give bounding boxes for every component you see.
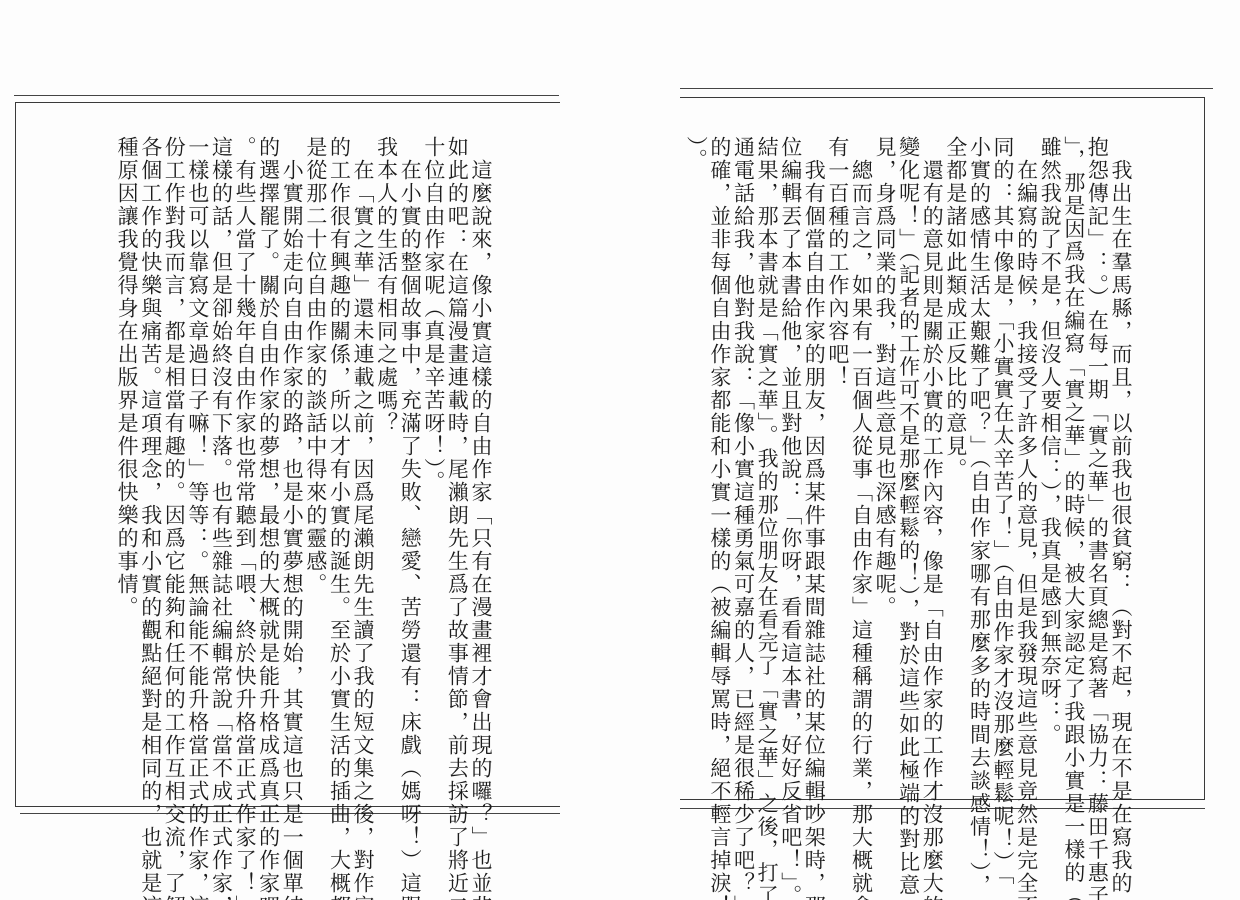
text-column: 各個工作的快樂與痛苦。這項理念，我和小實的觀點絕對是相同的，也就是這 [138, 136, 162, 806]
text-column: 小實的感情生活太艱難了吧？」（自由作家哪有那麼多的時間去談感情！）， [967, 136, 991, 806]
text-column: 結果，那本書就是「實之華」。我的那位朋友在看完了「實之華」之後，打了 [755, 136, 779, 806]
text-column: 。有些人當了十幾年自由作家也常常聽到「喂、終於快升格當正式作家了！」 [232, 136, 256, 806]
text-column: 在編寫的時候，我接受了許多人的意見，但是我發現這些意見竟然是完全不 [1014, 136, 1038, 806]
text-column: 的工作很有興趣的關係，所以才有小實的誕生。至於小實生活的插曲，大概都 [327, 136, 351, 806]
text-column: 的確，並非每個自由作家都能和小實一樣的（被編輯辱罵時，絕不輕言掉淚！ [707, 136, 731, 806]
text-column: 變化呢！」（記者的工作可不是那麼輕鬆的！），對於這些如此極端的對比意 [896, 136, 920, 806]
text-column: 全都是諸如此類成正反比的意見。 [943, 136, 967, 806]
text-column: ）。 [684, 136, 708, 806]
text-column: 還有的意見則是關於小實的工作內容，像是「自由作家的工作才沒那麼大的 [920, 136, 944, 806]
text-column: 我出生在羣馬縣，而且，以前我也很貧窮：（對不起，現在不是在寫我的「 [1108, 136, 1132, 806]
right-page-top-rule [680, 88, 1213, 89]
text-column: 有一百種的工作內容吧！ [825, 136, 849, 806]
text-column: 十位自由作家呢（真是辛苦呀！）。 [421, 136, 445, 806]
text-column: 份工作對我而言，都是相當有趣的。因爲它能夠和任何的工作互相交流，了解 [162, 136, 186, 806]
text-column: 在小實的整個故事中，充滿了失敗、戀愛、苦勞還有：床戲（媽呀！）這跟 [398, 136, 422, 806]
text-column: 種原因讓我覺得身在出版界是件很快樂的事情。 [115, 136, 139, 806]
text-column: 小實開始走向自由作家的路，也是小實夢想的開始，其實這也只是一個單純 [280, 136, 304, 806]
text-column: 如此的吧：在這篇漫畫連載時，尾瀨朗先生爲了故事情節，前去採訪了將近二 [445, 136, 469, 806]
text-column: 是從那二十位自由作家的談話中得來的靈感。 [303, 136, 327, 806]
text-column: 一樣也可以靠寫文章過日子嘛！」等等：。無論能不能升格當正式的作家，這 [185, 136, 209, 806]
text-column: 我有個當自由作家的朋友，因爲某件事跟某間雜誌社的某位編輯吵架時，那 [802, 136, 826, 806]
right-page-body-text: 我出生在羣馬縣，而且，以前我也很貧窮：（對不起，現在不是在寫我的「 抱怨傳記」：… [684, 136, 1132, 806]
text-column: 這麼說來，像小實這樣的自由作家「只有在漫畫裡才會出現的囉？」也並非 [468, 136, 492, 806]
text-column: 雖然我說了不是，但沒人要相信：），我真是感到無奈呀：。 [1038, 136, 1062, 806]
text-column: 的選擇罷了。關於自由作家的夢想，最想的大概就是能升格成爲真正的作家吧 [256, 136, 280, 806]
text-column: 通電話給我，他對我說：「像小實這種勇氣可嘉的人，已經是很稀少了吧？」 [731, 136, 755, 806]
text-column: 同的：其中像是，「小實實在太辛苦了！」（自由作家才沒那麼輕鬆呢！）「 [990, 136, 1014, 806]
left-page-top-rule [14, 95, 559, 96]
text-column: 抱怨傳記」：。）在每一期「實之華」的書名頁總是寫著「協力：藤田千惠子 [1085, 136, 1109, 806]
text-column: 見，身爲同業的我，對這些意見也深感有趣呢。 [872, 136, 896, 806]
left-page-body-text: 這麼說來，像小實這樣的自由作家「只有在漫畫裡才會出現的囉？」也並非 如此的吧：在… [115, 136, 493, 806]
text-column: 」，那是因爲我在編寫「實之華」的時候，被大家認定了我跟小實是一樣的（ [1061, 136, 1085, 806]
text-column: 總而言之，如果有一百個人從事「自由作家」這種稱謂的行業，那大概就會 [849, 136, 873, 806]
text-column: 這樣的話，但是卻始終沒有下落。也有些雜誌社編輯常說「當不成正式作家， [209, 136, 233, 806]
text-column: 我本人的生活有相同之處嗎？ [374, 136, 398, 806]
text-column: 位編輯丟了本書給他，並且對他說：「你呀，看看這本書，好好反省吧！」。 [778, 136, 802, 806]
text-column: 在「實之華」還未連載之前，因爲尾瀨朗先生讀了我的短文集之後，對作家 [350, 136, 374, 806]
